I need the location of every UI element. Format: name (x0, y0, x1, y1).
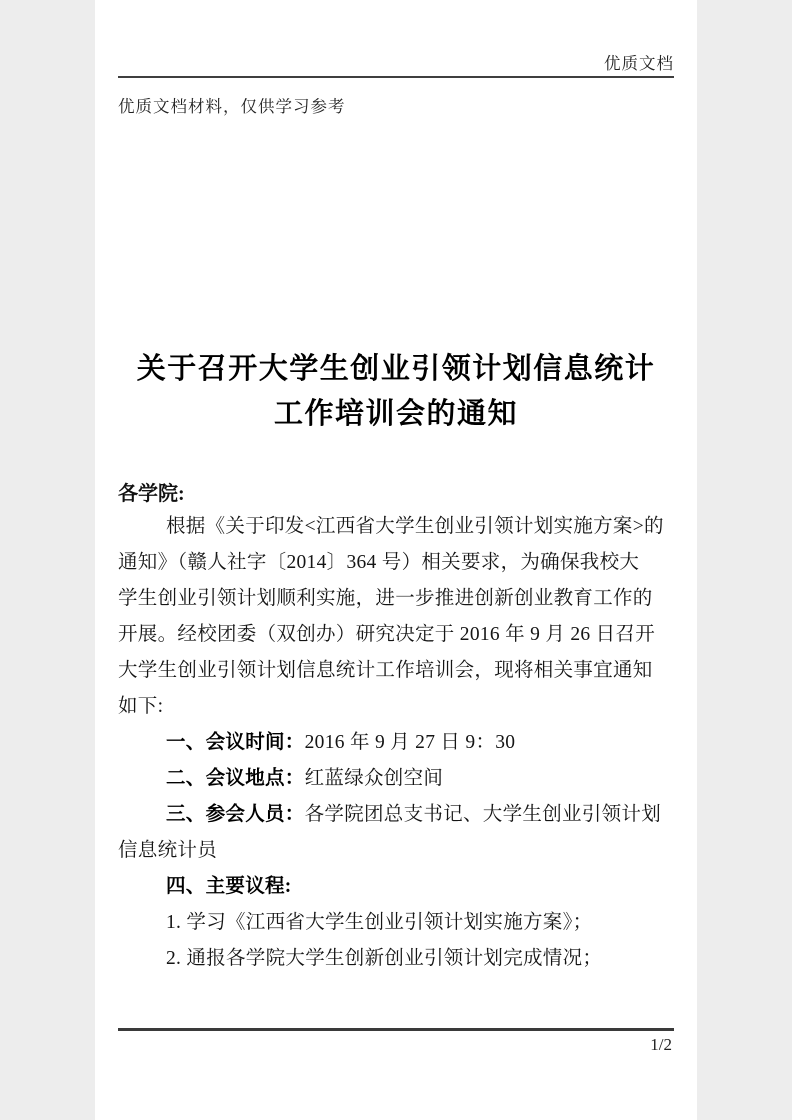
body-line-text: 如下: (118, 696, 163, 717)
list-item-meeting-place: 二、会议地点：红蓝绿众创空间 (118, 761, 674, 797)
agenda-item-1: 1. 学习《江西省大学生创业引领计划实施方案》； (118, 905, 674, 941)
header-divider (118, 76, 674, 78)
body-line-text: 信息统计员 (118, 840, 217, 861)
body-line-text: 开展。经校团委（双创办）研究决定于 2016 年 9 月 26 日召开 (118, 624, 655, 645)
salutation: 各学院: (118, 477, 185, 506)
body-line: 根据《关于印发<江西省大学生创业引领计划实施方案>的 (118, 509, 674, 545)
body-line-text: 通知》（赣人社字〔2014〕364 号）相关要求，为确保我校大 (118, 552, 639, 573)
list-item-value: 各学院团总支书记、大学生创业引领计划 (305, 804, 661, 825)
list-item-label: 三、参会人员： (166, 804, 305, 825)
body-line: 信息统计员 (118, 833, 674, 869)
body-line-text: 根据《关于印发<江西省大学生创业引领计划实施方案>的 (166, 516, 664, 537)
list-item-value: 红蓝绿众创空间 (305, 768, 444, 789)
body-line: 如下: (118, 689, 674, 725)
right-margin-band (697, 0, 792, 1120)
document-title: 关于召开大学生创业引领计划信息统计 工作培训会的通知 (118, 347, 674, 437)
list-item-label: 二、会议地点： (166, 768, 305, 789)
document-page: 优质文档 优质文档材料，仅供学习参考 关于召开大学生创业引领计划信息统计 工作培… (0, 0, 792, 1120)
list-item-label: 一、会议时间： (166, 732, 305, 753)
agenda-item-2: 2. 通报各学院大学生创新创业引领计划完成情况； (118, 941, 674, 977)
body-line-text: 大学生创业引领计划信息统计工作培训会，现将相关事宜通知 (118, 660, 653, 681)
list-item-attendees: 三、参会人员：各学院团总支书记、大学生创业引领计划 (118, 797, 674, 833)
page-content: 优质文档 优质文档材料，仅供学习参考 关于召开大学生创业引领计划信息统计 工作培… (118, 0, 674, 1120)
header-note: 优质文档材料，仅供学习参考 (118, 93, 346, 117)
footer-divider (118, 1028, 674, 1031)
list-item-agenda: 四、主要议程: (118, 869, 674, 905)
left-margin-band (0, 0, 95, 1120)
document-title-line-2: 工作培训会的通知 (118, 392, 674, 437)
agenda-item-text: 2. 通报各学院大学生创新创业引领计划完成情况； (166, 948, 602, 969)
list-item-value: 2016 年 9 月 27 日 9：30 (305, 732, 516, 753)
header-brand: 优质文档 (118, 50, 674, 74)
document-body: 根据《关于印发<江西省大学生创业引领计划实施方案>的 通知》（赣人社字〔2014… (118, 509, 674, 977)
body-line: 学生创业引领计划顺利实施，进一步推进创新创业教育工作的 (118, 581, 674, 617)
document-title-line-1: 关于召开大学生创业引领计划信息统计 (118, 347, 674, 392)
body-line: 通知》（赣人社字〔2014〕364 号）相关要求，为确保我校大 (118, 545, 674, 581)
agenda-item-text: 1. 学习《江西省大学生创业引领计划实施方案》； (166, 912, 592, 933)
list-item-meeting-time: 一、会议时间：2016 年 9 月 27 日 9：30 (118, 725, 674, 761)
body-line: 大学生创业引领计划信息统计工作培训会，现将相关事宜通知 (118, 653, 674, 689)
body-line: 开展。经校团委（双创办）研究决定于 2016 年 9 月 26 日召开 (118, 617, 674, 653)
list-item-label: 四、主要议程: (166, 876, 292, 897)
body-line-text: 学生创业引领计划顺利实施，进一步推进创新创业教育工作的 (118, 588, 653, 609)
page-number: 1/2 (650, 1035, 672, 1055)
